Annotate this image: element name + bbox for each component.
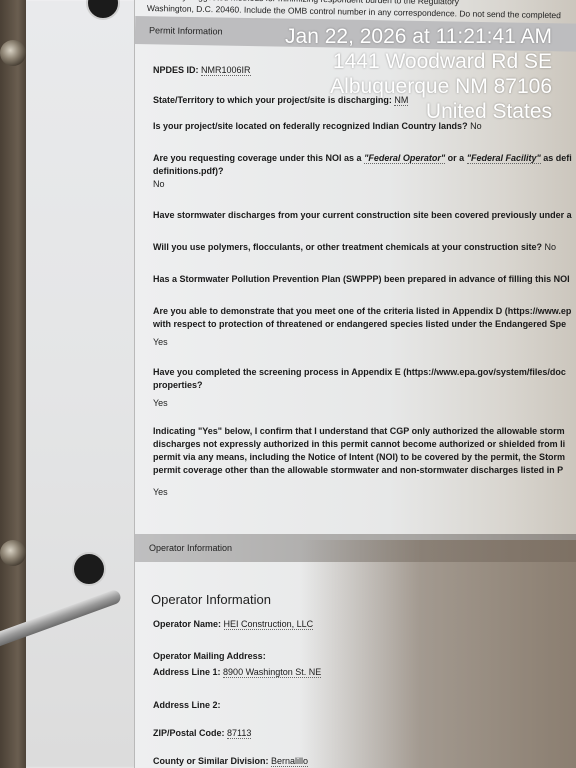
statement-text: discharges not expressly authorized in t…: [153, 439, 565, 449]
federal-operator-term[interactable]: "Federal Operator": [364, 153, 445, 164]
swppp-question: Has a Stormwater Pollution Prevention Pl…: [153, 273, 570, 286]
field-label: County or Similar Division:: [153, 756, 269, 766]
location-country: United States: [285, 99, 552, 124]
appendix-e-question: Have you completed the screening process…: [153, 366, 566, 392]
field-label: Address Line 2:: [153, 700, 221, 710]
statement-text: permit via any means, including the Noti…: [153, 452, 565, 462]
answer: No: [153, 179, 165, 189]
answer: Yes: [153, 398, 168, 408]
confirmation-statement: Indicating "Yes" below, I confirm that I…: [153, 425, 565, 477]
previous-coverage-question: Have stormwater discharges from your cur…: [153, 209, 572, 222]
location-city: Albuquerque NM 87106: [285, 74, 552, 99]
section-title: Permit Information: [149, 25, 223, 36]
question-text: as defi: [543, 153, 572, 163]
county-field: County or Similar Division: Bernalillo: [153, 755, 308, 768]
answer: Yes: [153, 487, 168, 497]
answer: Yes: [153, 337, 168, 347]
appendix-d-question: Are you able to demonstrate that you mee…: [153, 305, 571, 331]
field-label: NPDES ID:: [153, 65, 199, 75]
question-text: properties?: [153, 380, 203, 390]
polymers-question: Will you use polymers, flocculants, or o…: [153, 241, 556, 254]
federal-facility-term[interactable]: "Federal Facility": [467, 153, 541, 164]
question-text: Have you completed the screening process…: [153, 367, 566, 377]
field-label: Address Line 1:: [153, 667, 221, 677]
punch-hole: [72, 552, 106, 586]
section-title: Operator Information: [149, 543, 232, 553]
federal-operator-question: Are you requesting coverage under this N…: [153, 152, 572, 178]
question-text: Are you able to demonstrate that you mee…: [153, 306, 571, 316]
answer: No: [545, 242, 557, 252]
statement-text: Indicating "Yes" below, I confirm that I…: [153, 426, 565, 436]
mailing-address-label: Operator Mailing Address:: [153, 650, 266, 663]
question-text: with respect to protection of threatened…: [153, 319, 566, 329]
question-text: or a: [448, 153, 465, 163]
timestamp-text: Jan 22, 2026 at 11:21:41 AM: [285, 24, 552, 49]
statement-text: permit coverage other than the allowable…: [153, 465, 563, 475]
question-text: Has a Stormwater Pollution Prevention Pl…: [153, 274, 570, 284]
binder-ring: [0, 40, 26, 66]
question-text: definitions.pdf)?: [153, 166, 223, 176]
field-label: ZIP/Postal Code:: [153, 728, 225, 738]
punch-hole: [86, 0, 120, 20]
npdes-id-field: NPDES ID: NMR1006IR: [153, 64, 251, 77]
operator-name-field: Operator Name: HEI Construction, LLC: [153, 618, 313, 631]
shadow-overlay: [300, 540, 576, 768]
question-text: Will you use polymers, flocculants, or o…: [153, 242, 542, 252]
question-text: Have stormwater discharges from your cur…: [153, 210, 572, 220]
location-address: 1441 Woodward Rd SE: [285, 49, 552, 74]
zip-value: 87113: [227, 728, 251, 739]
address-line-1-field: Address Line 1: 8900 Washington St. NE: [153, 666, 321, 679]
photo-timestamp-overlay: Jan 22, 2026 at 11:21:41 AM 1441 Woodwar…: [285, 24, 552, 124]
npdes-id-value: NMR1006IR: [201, 65, 251, 76]
address-line-2-field: Address Line 2:: [153, 699, 221, 712]
question-text: Are you requesting coverage under this N…: [153, 153, 362, 163]
binder-ring: [0, 540, 26, 566]
zip-field: ZIP/Postal Code: 87113: [153, 727, 251, 740]
operator-heading: Operator Information: [151, 592, 271, 607]
field-label: Operator Name:: [153, 619, 221, 629]
